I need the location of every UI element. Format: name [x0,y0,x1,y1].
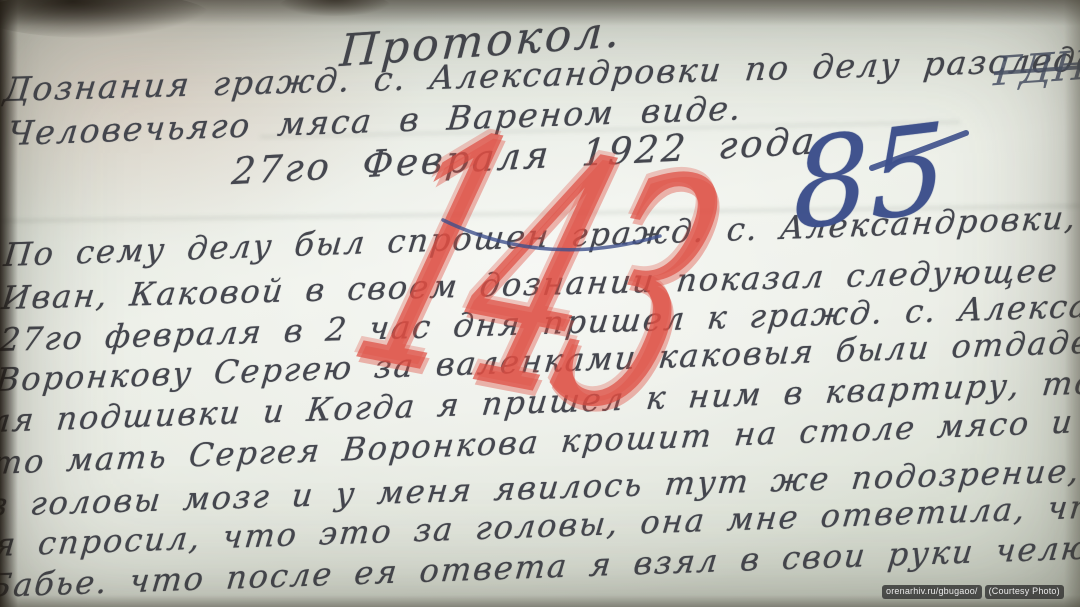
page-right-edge [1064,0,1080,607]
book-binding-edge [0,0,18,607]
watermark-credit: (Courtesy Photo) [985,585,1064,599]
torn-paper-corner [0,0,210,38]
blue-page-number: 85 [792,106,948,248]
watermark-source: orenarhiv.ru/gbugaoo/ [882,585,982,599]
archival-document-photo: Протокол. Дознания гражд. с. Александров… [0,0,1080,607]
photo-watermark: orenarhiv.ru/gbugaoo/ (Courtesy Photo) [882,585,1064,599]
